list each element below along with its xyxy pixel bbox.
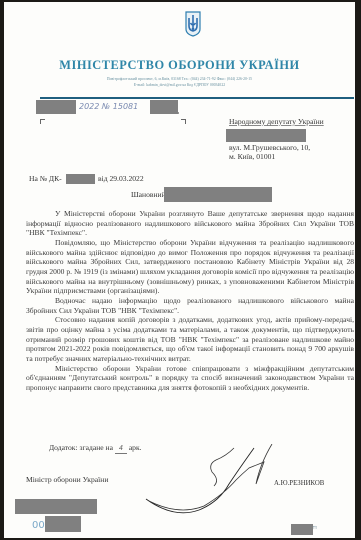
redacted-executor — [15, 499, 97, 514]
handwritten-signature — [144, 444, 274, 516]
signatory-position: Міністр оборони України — [26, 475, 108, 485]
letterhead-divider — [40, 97, 354, 99]
redacted-addressee — [164, 187, 272, 202]
body-paragraph: У Міністерстві оборони України розглянут… — [26, 209, 354, 238]
redacted-recipient-name — [226, 129, 306, 142]
ministry-title: МІНІСТЕРСТВО ОБОРОНИ УКРАЇНИ — [4, 58, 355, 73]
salutation: Шановний — [131, 190, 166, 200]
footer-suffix: ווו — [313, 526, 317, 531]
letterhead-address: Повітрофлотський проспект, 6, м.Київ, 03… — [4, 77, 355, 81]
attachment-count: 4 — [115, 443, 127, 454]
body-paragraph: Повідомляю, що Міністерство оборони Укра… — [26, 238, 354, 296]
attachment-note: Додаток: згадане на 4 арк. — [49, 443, 142, 454]
letter-body: У Міністерстві оборони України розглянут… — [26, 209, 354, 392]
registration-number: 2022 № 15081 — [79, 102, 138, 111]
signatory-name: А.Ю.РЕЗНИКОВ — [274, 479, 324, 489]
recipient-city: м. Київ, 01001 — [229, 152, 275, 162]
reference-date: від 29.03.2022 — [98, 174, 144, 184]
redacted-block — [36, 100, 76, 114]
corner-mark — [181, 119, 186, 124]
underline-mark — [178, 112, 179, 114]
redacted-stamp-number — [45, 516, 81, 532]
redacted-block — [150, 100, 178, 114]
letter-page: МІНІСТЕРСТВО ОБОРОНИ УКРАЇНИ Повітрофлот… — [4, 2, 355, 538]
redacted-reference-number — [66, 174, 95, 184]
attachment-suffix: арк. — [129, 443, 142, 452]
redacted-footer-code — [291, 524, 313, 535]
recipient-title: Народному депутату України — [229, 117, 324, 127]
stamp-number-prefix: 00 — [32, 520, 45, 531]
body-paragraph: Водночас надаю інформацію щодо реалізова… — [26, 296, 354, 315]
attachment-prefix: Додаток: згадане на — [49, 443, 113, 452]
body-paragraph: Міністерство оборони України готове спів… — [26, 364, 354, 393]
reference-prefix: На № ДК- — [29, 174, 62, 184]
ukraine-coat-of-arms-icon — [185, 11, 201, 37]
body-paragraph: Стосовно надання копій договорів з додат… — [26, 315, 354, 363]
corner-mark — [40, 119, 45, 124]
letterhead-contacts: E-mail: kabmin_dovi@mil.gov.ua Код ЄДРПО… — [4, 83, 355, 87]
